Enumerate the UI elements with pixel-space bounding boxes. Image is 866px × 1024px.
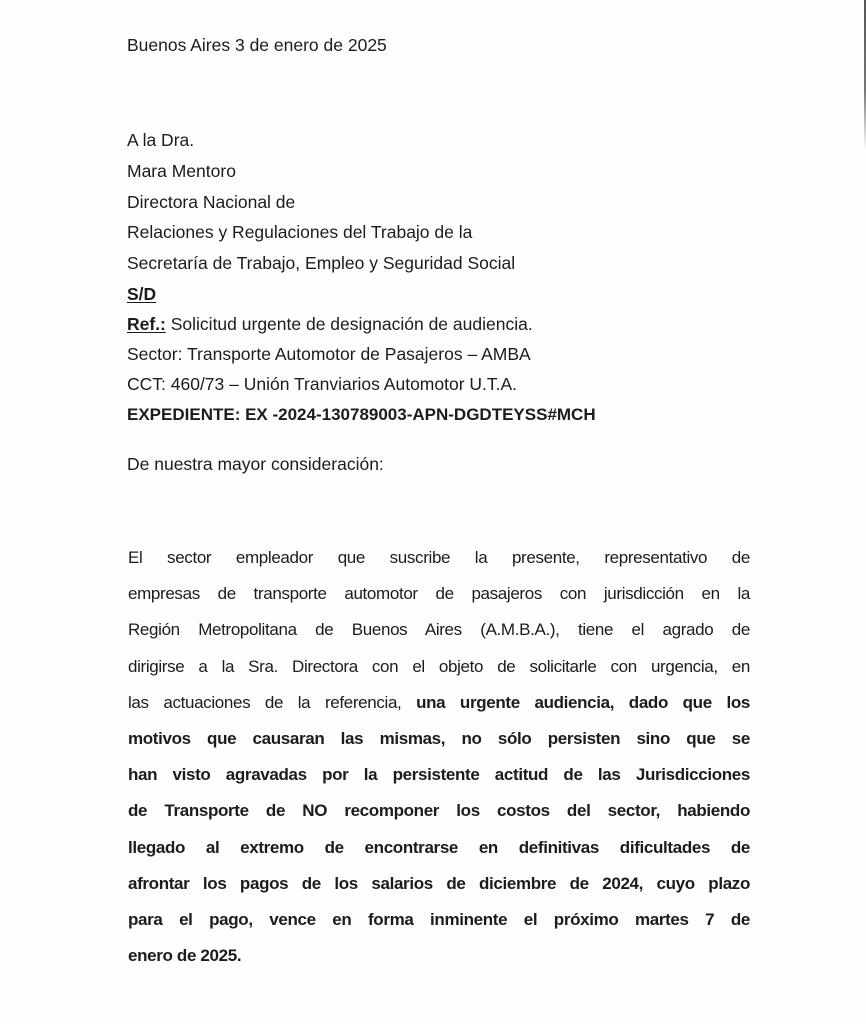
- reference-label: Ref.:: [127, 314, 166, 334]
- body-text-bold: llegado al extremo de encontrarse en def…: [128, 838, 750, 857]
- body-line: El sector empleador que suscribe la pres…: [128, 540, 750, 576]
- sd-abbreviation: S/D: [127, 283, 156, 305]
- place-date: Buenos Aires 3 de enero de 2025: [127, 34, 387, 56]
- body-text-bold: de Transporte de NO recomponer los costo…: [128, 801, 750, 820]
- expediente-line: EXPEDIENTE: EX -2024-130789003-APN-DGDTE…: [127, 404, 596, 426]
- body-line: llegado al extremo de encontrarse en def…: [128, 830, 750, 866]
- addressee-title: Directora Nacional de: [127, 191, 295, 213]
- body-text: empresas de transporte automotor de pasa…: [128, 584, 750, 603]
- body-line: dirigirse a la Sra. Directora con el obj…: [128, 649, 750, 685]
- body-line: empresas de transporte automotor de pasa…: [128, 576, 750, 612]
- cct-line: CCT: 460/73 – Unión Tranviarios Automoto…: [127, 373, 517, 395]
- addressee-department: Relaciones y Regulaciones del Trabajo de…: [127, 221, 472, 243]
- body-text-bold: una urgente audiencia, dado que los: [416, 693, 750, 712]
- body-line: enero de 2025.: [128, 938, 750, 974]
- body-line: las actuaciones de la referencia, una ur…: [128, 685, 750, 721]
- sd-text: S/D: [127, 284, 156, 304]
- body-line: para el pago, vence en forma inminente e…: [128, 902, 750, 938]
- body-text-bold: para el pago, vence en forma inminente e…: [128, 910, 750, 929]
- body-text: Región Metropolitana de Buenos Aires (A.…: [128, 620, 750, 639]
- body-line: han visto agravadas por la persistente a…: [128, 757, 750, 793]
- body-text-bold: enero de 2025.: [128, 946, 241, 965]
- addressee-line: A la Dra.: [127, 129, 194, 151]
- body-paragraph: El sector empleador que suscribe la pres…: [128, 540, 750, 974]
- body-line: de Transporte de NO recomponer los costo…: [128, 793, 750, 829]
- body-text: dirigirse a la Sra. Directora con el obj…: [128, 657, 750, 676]
- body-line: motivos que causaran las mismas, no sólo…: [128, 721, 750, 757]
- sector-line: Sector: Transporte Automotor de Pasajero…: [127, 343, 531, 365]
- addressee-name: Mara Mentoro: [127, 160, 236, 182]
- body-text: las actuaciones de la referencia,: [128, 693, 416, 712]
- body-line: Región Metropolitana de Buenos Aires (A.…: [128, 612, 750, 648]
- body-text-bold: han visto agravadas por la persistente a…: [128, 765, 750, 784]
- body-text-bold: afrontar los pagos de los salarios de di…: [128, 874, 750, 893]
- body-text-bold: motivos que causaran las mismas, no sólo…: [128, 729, 750, 748]
- scanned-letter-page: Buenos Aires 3 de enero de 2025 A la Dra…: [0, 0, 866, 1024]
- body-line: afrontar los pagos de los salarios de di…: [128, 866, 750, 902]
- reference-line: Ref.: Solicitud urgente de designación d…: [127, 313, 533, 335]
- addressee-secretariat: Secretaría de Trabajo, Empleo y Segurida…: [127, 252, 515, 274]
- salutation: De nuestra mayor consideración:: [127, 453, 384, 475]
- body-text: El sector empleador que suscribe la pres…: [128, 548, 750, 567]
- reference-text: Solicitud urgente de designación de audi…: [166, 314, 533, 334]
